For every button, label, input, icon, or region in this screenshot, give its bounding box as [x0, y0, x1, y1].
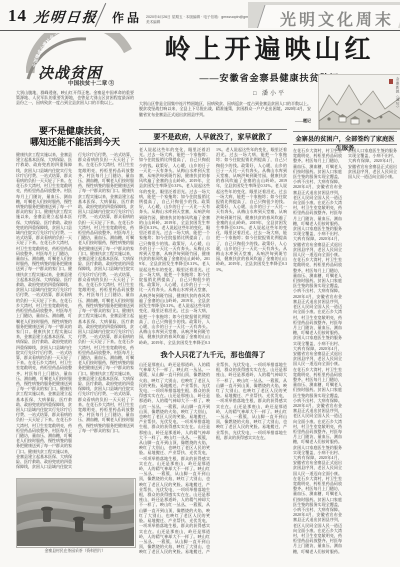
mountain-sketch-icon	[319, 75, 400, 129]
epigraph-text: 大别山区曾是全国集中连片特困地区，因病致贫、因病返贫一度占到金寨县贫困人口的半数…	[139, 101, 311, 117]
body-columns-right: 在花石乡大湾村，村卫生室宽敞明亮，药柜里药品码放整齐。村医每月上门随访，量血压、…	[293, 148, 397, 556]
section-heading-1: 要不是健康扶贫， 哪知还能不能活到今天	[16, 126, 134, 148]
edition-info: 2020年6月26日 星期五 · 本版编辑 · 电子信箱：gmwzuopin@g…	[146, 15, 258, 24]
badge-swoosh-icon: 全面建成小康社会 一个都不能少 决战贫困 中国扶贫十二章 ③	[26, 33, 134, 87]
article-title: 岭上开遍映山红	[139, 34, 400, 66]
badge-title: 决战贫困	[38, 65, 104, 82]
seal-icon	[389, 79, 393, 84]
weekend-banner-band: 光明文化周末	[248, 2, 400, 28]
page-number: 14	[8, 6, 27, 26]
section-heading-4: 我个人只花了九千元，那也值得了	[139, 350, 287, 360]
photo-caption: 金寨县村民在茶园采茶（资料图片）	[16, 549, 134, 554]
photo-scene-icon	[17, 479, 134, 546]
epigraph-block: 大别山区曾是全国集中连片特困地区，因病致贫、因病返贫一度占到金寨县贫困人口的半数…	[139, 101, 311, 124]
heading-rule	[139, 129, 287, 130]
newspaper-page: 14 光明日报 作品 2020年6月26日 星期五 · 本版编辑 · 电子信箱：…	[0, 0, 400, 567]
masthead-logo: 光明日报	[33, 7, 99, 27]
weekend-banner-title: 光明文化周末	[280, 7, 394, 30]
page-header: 14 光明日报 作品 2020年6月26日 星期五 · 本版编辑 · 电子信箱：…	[0, 0, 400, 31]
body-columns-middle-a: 老人说起这些年的变化，眼里泛着泪光。过去一场大病，能把一个家拖垮；如今住院报销比…	[139, 147, 287, 347]
epigraph-sign: ——题记	[139, 118, 311, 123]
section-name: 作品	[112, 9, 142, 26]
campaign-badge: 全面建成小康社会 一个都不能少 决战贫困 中国扶贫十二章 ③	[26, 33, 134, 87]
badge-subtitle-line: 中国扶贫十二章 ③	[68, 79, 115, 87]
drawing-vertical-caption: 金寨新貌（速写）	[396, 77, 400, 127]
ink-landscape-illustration: 金寨新貌（速写）	[318, 74, 400, 130]
article-lead: 大别山腹地，群峰逶迤，映山红开得正艳。金寨是中国革命的重要策源地、人民军队的重要…	[16, 90, 134, 123]
body-columns-middle-b: 山还是那座山，岭还是那道岭，人的精气神却大不一样了。映山红一丛丛、一簇簇，从山脚…	[139, 362, 287, 556]
heading-rule	[293, 131, 397, 132]
section-heading-2: 要不是政府，人早就没了，家早就散了	[139, 132, 287, 142]
body-columns-left: 健康扶贫工程实施以来，金寨县建立起基本医保、大病保险、医疗救助、政府兜底的四重保…	[16, 152, 134, 474]
heading-rule	[139, 143, 287, 144]
tea-picking-photo	[16, 478, 136, 548]
heading-rule	[293, 144, 397, 145]
